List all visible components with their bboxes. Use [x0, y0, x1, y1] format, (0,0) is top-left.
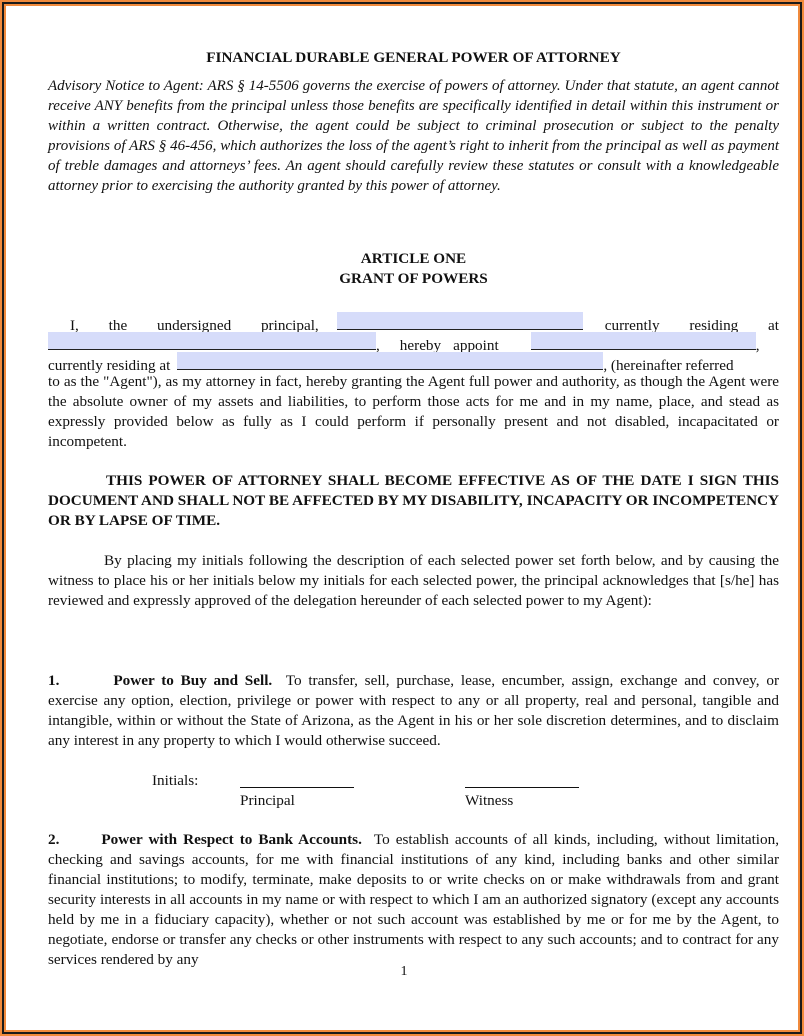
power-text: To establish accounts of all kinds, incl…: [48, 831, 779, 968]
grant-line-2: , hereby appoint ,: [48, 332, 779, 352]
page-frame: FINANCIAL DURABLE GENERAL POWER OF ATTOR…: [2, 2, 802, 1034]
initials-block: Initials: Principal Witness: [48, 771, 779, 811]
principal-label: Principal: [240, 791, 295, 811]
page-number: 1: [2, 964, 804, 980]
grant-line-3: currently residing at , (hereinafter ref…: [48, 352, 779, 372]
agent-address-field[interactable]: [177, 352, 603, 370]
principal-initials-line[interactable]: [240, 787, 354, 788]
power-1: 1.Power to Buy and Sell. To transfer, se…: [48, 671, 779, 751]
principal-name-field[interactable]: [337, 312, 583, 330]
article-subheading: GRANT OF POWERS: [48, 269, 779, 289]
power-2: 2.Power with Respect to Bank Accounts. T…: [48, 830, 779, 970]
power-heading: Power with Respect to Bank Accounts.: [101, 831, 362, 848]
principal-address-field[interactable]: [48, 332, 376, 350]
effective-statement: THIS POWER OF ATTORNEY SHALL BECOME EFFE…: [48, 471, 779, 531]
grant-continuation: to as the "Agent"), as my attorney in fa…: [48, 372, 779, 452]
witness-initials-line[interactable]: [465, 787, 579, 788]
effective-text: THIS POWER OF ATTORNEY SHALL BECOME EFFE…: [48, 472, 779, 529]
power-heading: Power to Buy and Sell.: [113, 672, 272, 689]
witness-label: Witness: [465, 791, 513, 811]
agent-name-field[interactable]: [531, 332, 756, 350]
advisory-notice: Advisory Notice to Agent: ARS § 14-5506 …: [48, 76, 779, 196]
initials-label: Initials:: [152, 771, 198, 791]
document-title: FINANCIAL DURABLE GENERAL POWER OF ATTOR…: [48, 48, 779, 68]
document-page: FINANCIAL DURABLE GENERAL POWER OF ATTOR…: [6, 6, 798, 1030]
power-number: 2.: [48, 831, 59, 848]
initials-intro-text: By placing my initials following the des…: [48, 552, 779, 609]
initials-intro: By placing my initials following the des…: [48, 551, 779, 611]
article-heading: ARTICLE ONE: [48, 249, 779, 269]
power-number: 1.: [48, 672, 59, 689]
grant-line-1: I, the undersigned principal, currently …: [48, 312, 779, 332]
